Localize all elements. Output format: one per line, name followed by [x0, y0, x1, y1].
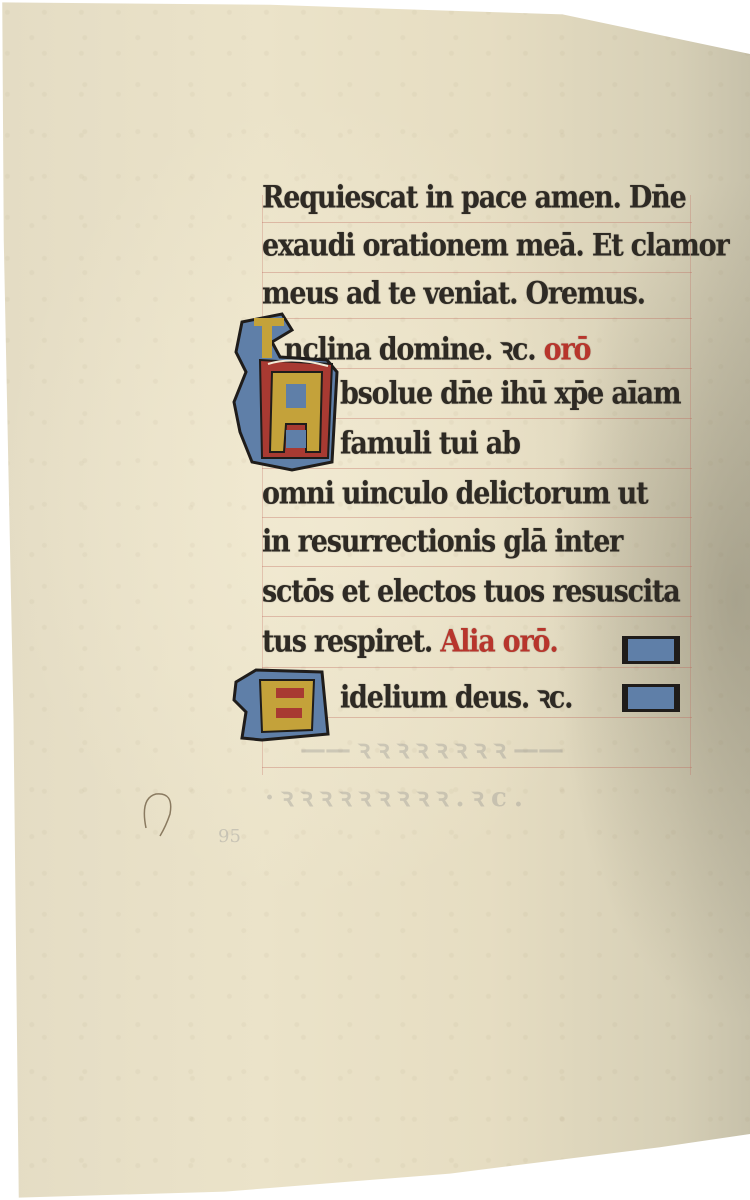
rubric-oratio: orō	[544, 332, 591, 368]
pencil-mark	[140, 790, 180, 840]
showthrough-line-1: —— ꝛ ꝛ ꝛ ꝛ ꝛ ꝛ ꝛ ꝛ ——	[300, 730, 563, 766]
folio-number-showthrough: 95	[218, 826, 241, 847]
illuminated-initial-ia	[232, 312, 352, 472]
line-filler-1	[622, 636, 680, 664]
line-filler-2	[622, 684, 680, 712]
text-line-2: exaudi orationem meā. Et clamor	[262, 228, 728, 283]
text-line-7: omni uinculo delictorum ut	[262, 476, 647, 531]
text-line-8: in resurrectionis glā inter	[262, 524, 622, 579]
text-line-11: idelium deus. ꝛc.	[340, 674, 572, 729]
text-line-5: bsolue dn̄e ihū xp̄e aīam	[340, 376, 680, 431]
rubric-alia-oratio: Alia orō.	[440, 624, 557, 660]
text-line-6: famuli tui ab	[340, 426, 520, 481]
text-line-9: sctōs et electos tuos resuscita	[262, 574, 680, 629]
showthrough-line-2: · ꝛ ꝛ ꝛ ꝛ ꝛ ꝛ ꝛ ꝛ ꝛ . ꝛ c .	[265, 778, 522, 814]
text-line-1: Requiescat in pace amen. Dn̄e	[262, 180, 686, 235]
